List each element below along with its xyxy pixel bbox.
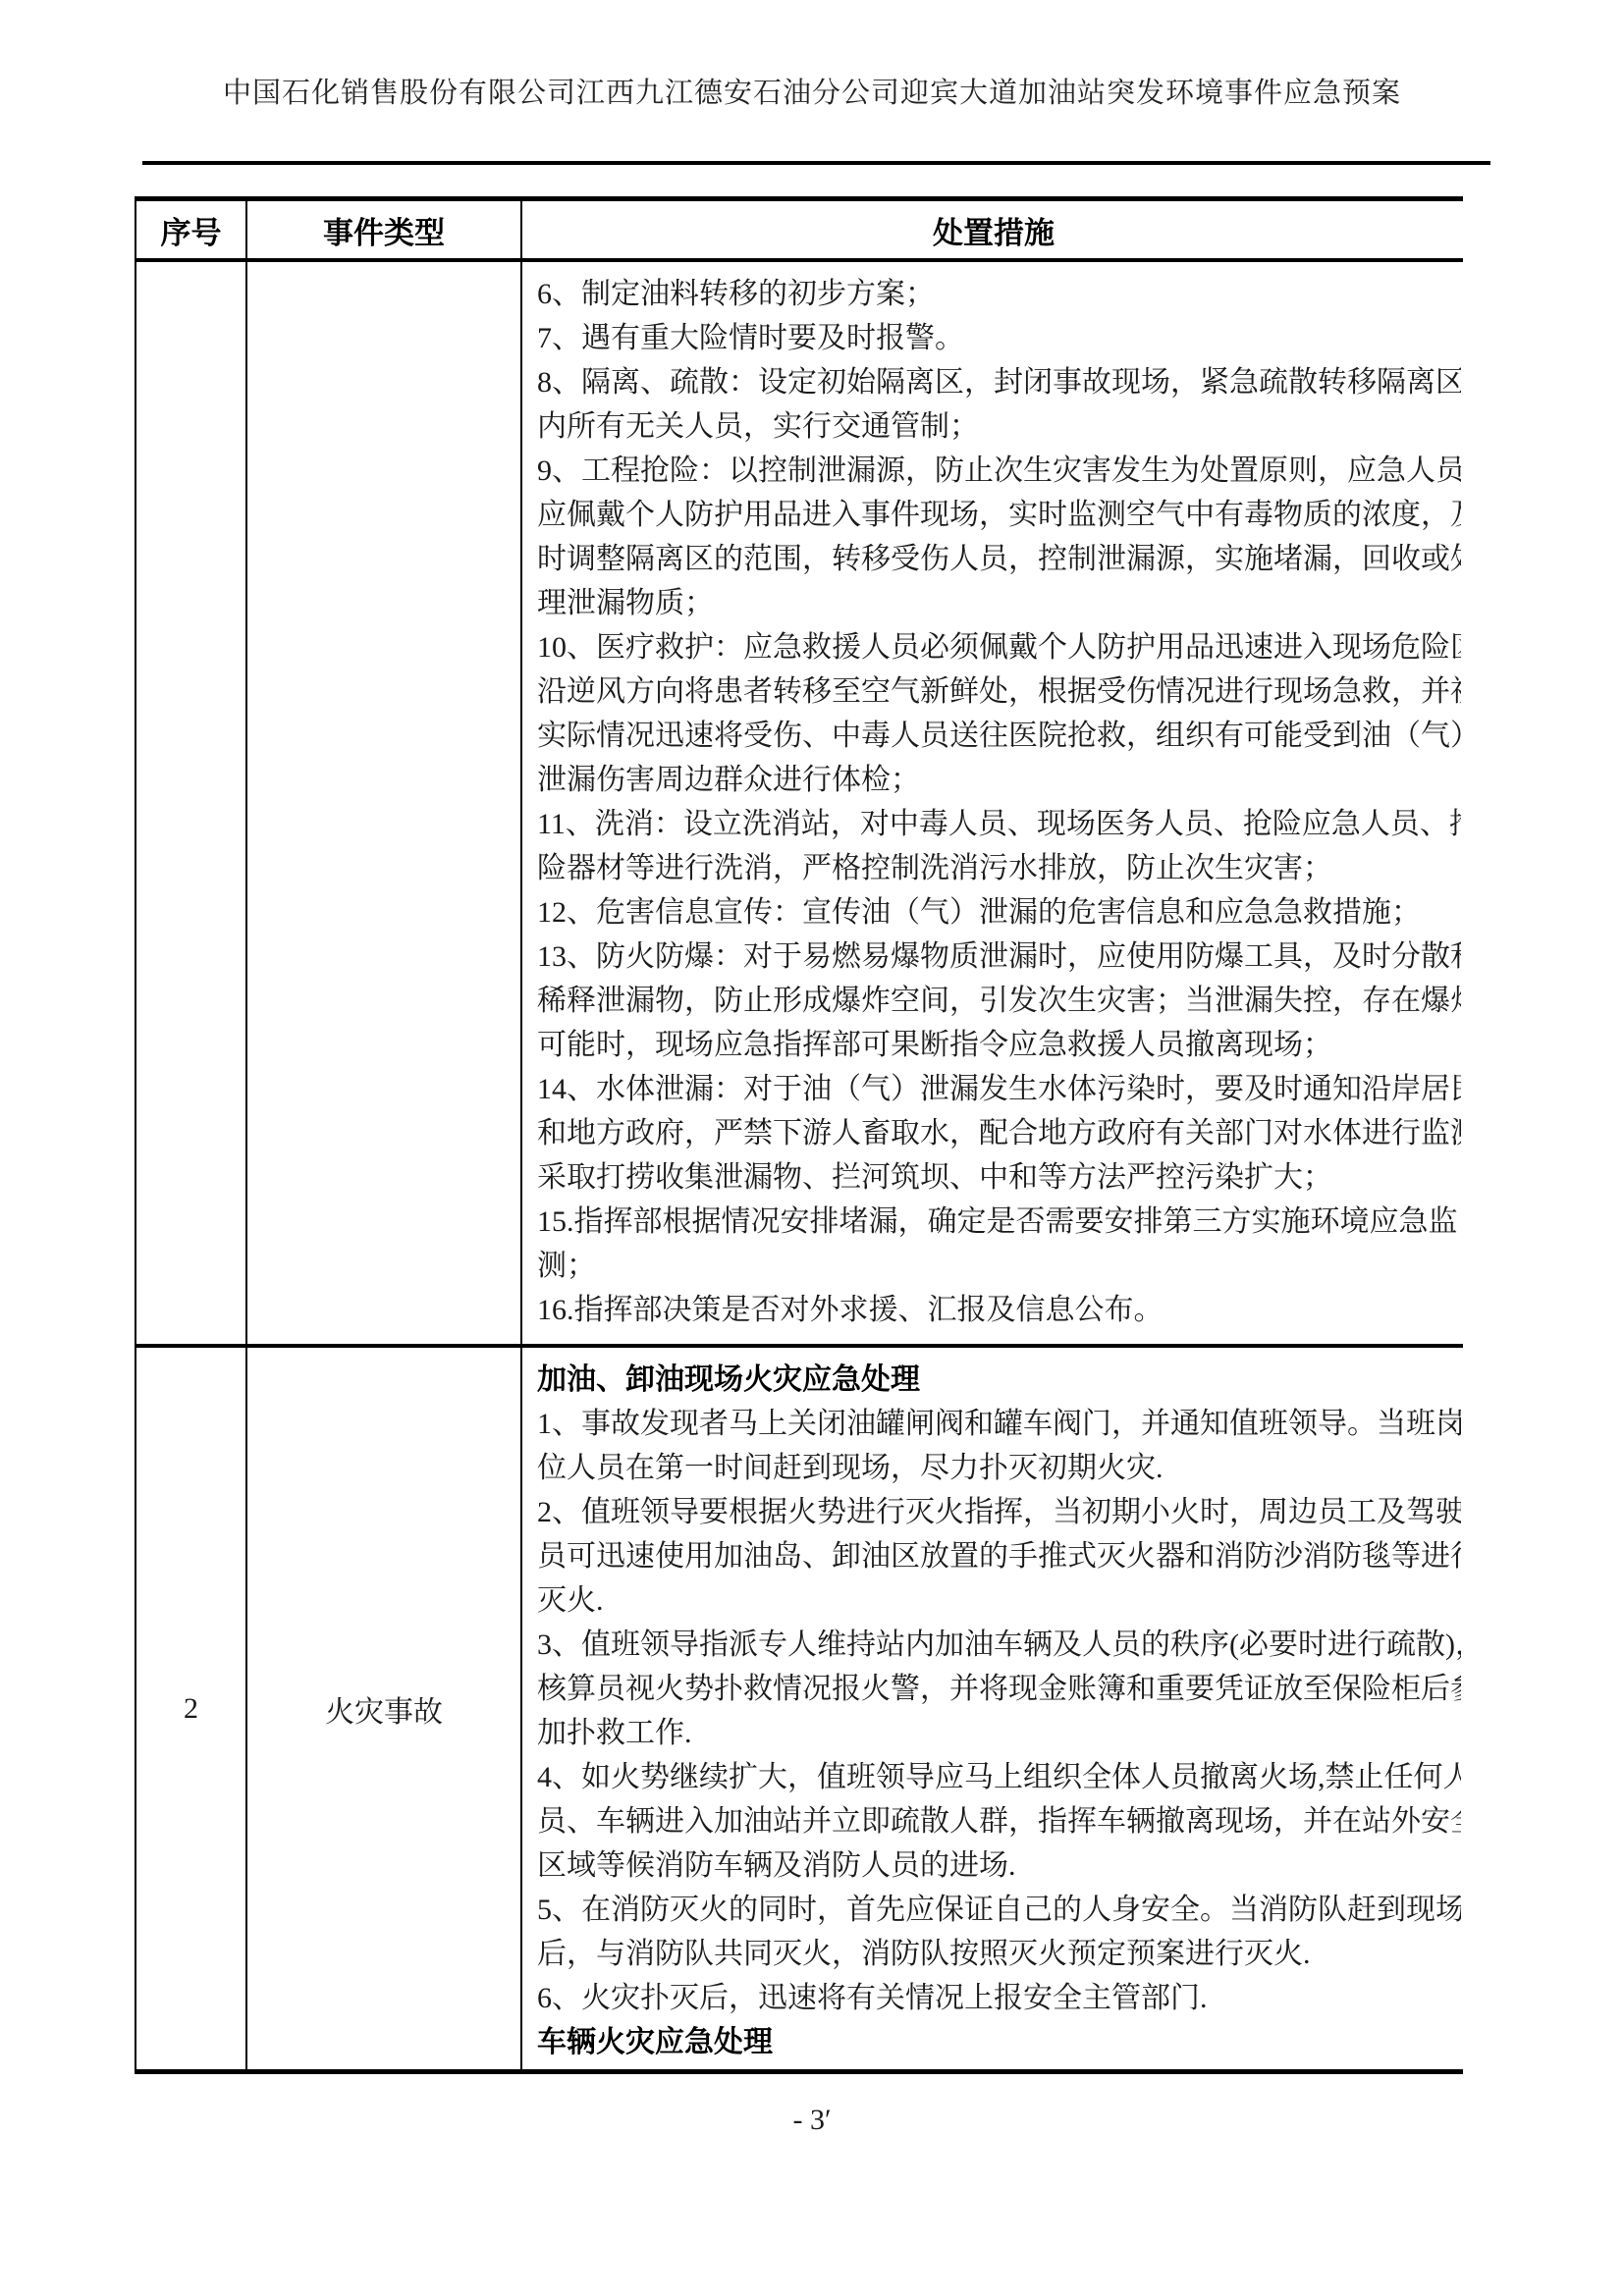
- column-header-event-type: 事件类型: [247, 201, 522, 258]
- measure-line: 险器材等进行洗消，严格控制洗消污水排放，防止次生灾害；: [537, 846, 1461, 890]
- measures-table: 序号 事件类型 处置措施 6、制定油料转移的初步方案；7、遇有重大险情时要及时报…: [135, 196, 1463, 2074]
- measure-line: 11、洗消：设立洗消站，对中毒人员、现场医务人员、抢险应急人员、抢: [537, 802, 1461, 846]
- measure-line: 7、遇有重大险情时要及时报警。: [537, 316, 1461, 360]
- table-row-fire-accident: 2 火灾事故 加油、卸油现场火灾应急处理1、事故发现者马上关闭油罐闸阀和罐车阀门…: [136, 1348, 1463, 2069]
- measure-line: 测；: [537, 1244, 1461, 1288]
- measure-line: 员可迅速使用加油岛、卸油区放置的手推式灭火器和消防沙消防毯等进行: [537, 1534, 1461, 1578]
- header-rule: [142, 161, 1490, 165]
- measure-line: 14、水体泄漏：对于油（气）泄漏发生水体污染时，要及时通知沿岸居民: [537, 1067, 1461, 1111]
- event-type-cell: 火灾事故: [247, 1348, 522, 2069]
- measure-line: 15.指挥部根据情况安排堵漏，确定是否需要安排第三方实施环境应急监: [537, 1200, 1461, 1244]
- measure-line: 核算员视火势扑救情况报火警，并将现金账簿和重要凭证放至保险柜后参: [537, 1667, 1461, 1711]
- measures-cell: 6、制定油料转移的初步方案；7、遇有重大险情时要及时报警。8、隔离、疏散：设定初…: [522, 262, 1465, 1344]
- measure-line: 理泄漏物质；: [537, 581, 1461, 625]
- measure-line: 2、值班领导要根据火势进行灭火指挥，当初期小火时，周边员工及驾驶: [537, 1490, 1461, 1534]
- measure-line: 员、车辆进入加油站并立即疏散人群，指挥车辆撤离现场，并在站外安全: [537, 1799, 1461, 1843]
- serial-cell: [136, 262, 247, 1344]
- column-header-measures: 处置措施: [522, 201, 1465, 258]
- measure-line: 1、事故发现者马上关闭油罐闸阀和罐车阀门，并通知值班领导。当班岗: [537, 1402, 1461, 1446]
- measure-line: 时调整隔离区的范围，转移受伤人员，控制泄漏源，实施堵漏，回收或处: [537, 537, 1461, 581]
- measure-line: 车辆火灾应急处理: [537, 2020, 1461, 2064]
- measure-line: 13、防火防爆：对于易燃易爆物质泄漏时，应使用防爆工具，及时分散和: [537, 934, 1461, 979]
- measure-line: 6、火灾扑灭后，迅速将有关情况上报安全主管部门.: [537, 1976, 1461, 2020]
- table-row-continuation: 6、制定油料转移的初步方案；7、遇有重大险情时要及时报警。8、隔离、疏散：设定初…: [136, 262, 1463, 1348]
- event-type-cell: [247, 262, 522, 1344]
- measure-line: 16.指挥部决策是否对外求援、汇报及信息公布。: [537, 1288, 1461, 1332]
- table-header-row: 序号 事件类型 处置措施: [136, 201, 1463, 262]
- measure-line: 可能时，现场应急指挥部可果断指令应急救援人员撤离现场；: [537, 1023, 1461, 1067]
- measure-line: 应佩戴个人防护用品进入事件现场，实时监测空气中有毒物质的浓度，及: [537, 493, 1461, 537]
- measure-line: 加扑救工作.: [537, 1711, 1461, 1755]
- measure-line: 9、工程抢险：以控制泄漏源，防止次生灾害发生为处置原则，应急人员: [537, 449, 1461, 493]
- measure-line: 10、医疗救护：应急救援人员必须佩戴个人防护用品迅速进入现场危险区，: [537, 625, 1461, 669]
- measures-cell: 加油、卸油现场火灾应急处理1、事故发现者马上关闭油罐闸阀和罐车阀门，并通知值班领…: [522, 1348, 1465, 2069]
- measure-line: 4、如火势继续扩大，值班领导应马上组织全体人员撤离火场,禁止任何人: [537, 1755, 1461, 1799]
- measure-line: 灭火.: [537, 1578, 1461, 1623]
- measure-line: 6、制定油料转移的初步方案；: [537, 272, 1461, 316]
- column-header-serial: 序号: [136, 201, 247, 258]
- measure-line: 区域等候消防车辆及消防人员的进场.: [537, 1843, 1461, 1888]
- measure-line: 泄漏伤害周边群众进行体检；: [537, 758, 1461, 802]
- footer-page-number: - 3′: [0, 2104, 1624, 2137]
- document-header-title: 中国石化销售股份有限公司江西九江德安石油分公司迎宾大道加油站突发环境事件应急预案: [0, 71, 1624, 111]
- measure-line: 稀释泄漏物，防止形成爆炸空间，引发次生灾害；当泄漏失控，存在爆炸: [537, 979, 1461, 1023]
- measure-line: 3、值班领导指派专人维持站内加油车辆及人员的秩序(必要时进行疏散)，: [537, 1623, 1461, 1667]
- measure-line: 8、隔离、疏散：设定初始隔离区，封闭事故现场，紧急疏散转移隔离区: [537, 360, 1461, 404]
- serial-cell: 2: [136, 1348, 247, 2069]
- measure-line: 加油、卸油现场火灾应急处理: [537, 1358, 1461, 1402]
- measure-line: 采取打捞收集泄漏物、拦河筑坝、中和等方法严控污染扩大；: [537, 1155, 1461, 1200]
- measure-line: 5、在消防灭火的同时，首先应保证自己的人身安全。当消防队赶到现场: [537, 1888, 1461, 1932]
- measure-line: 位人员在第一时间赶到现场，尽力扑灭初期火灾.: [537, 1446, 1461, 1490]
- document-page: 中国石化销售股份有限公司江西九江德安石油分公司迎宾大道加油站突发环境事件应急预案…: [0, 0, 1624, 2296]
- measure-line: 实际情况迅速将受伤、中毒人员送往医院抢救，组织有可能受到油（气）: [537, 714, 1461, 758]
- measure-line: 内所有无关人员，实行交通管制；: [537, 404, 1461, 449]
- measure-line: 12、危害信息宣传：宣传油（气）泄漏的危害信息和应急急救措施；: [537, 890, 1461, 934]
- measure-line: 沿逆风方向将患者转移至空气新鲜处，根据受伤情况进行现场急救，并视: [537, 669, 1461, 714]
- measure-line: 和地方政府，严禁下游人畜取水，配合地方政府有关部门对水体进行监测，: [537, 1111, 1461, 1155]
- measure-line: 后，与消防队共同灭火，消防队按照灭火预定预案进行灭火.: [537, 1932, 1461, 1976]
